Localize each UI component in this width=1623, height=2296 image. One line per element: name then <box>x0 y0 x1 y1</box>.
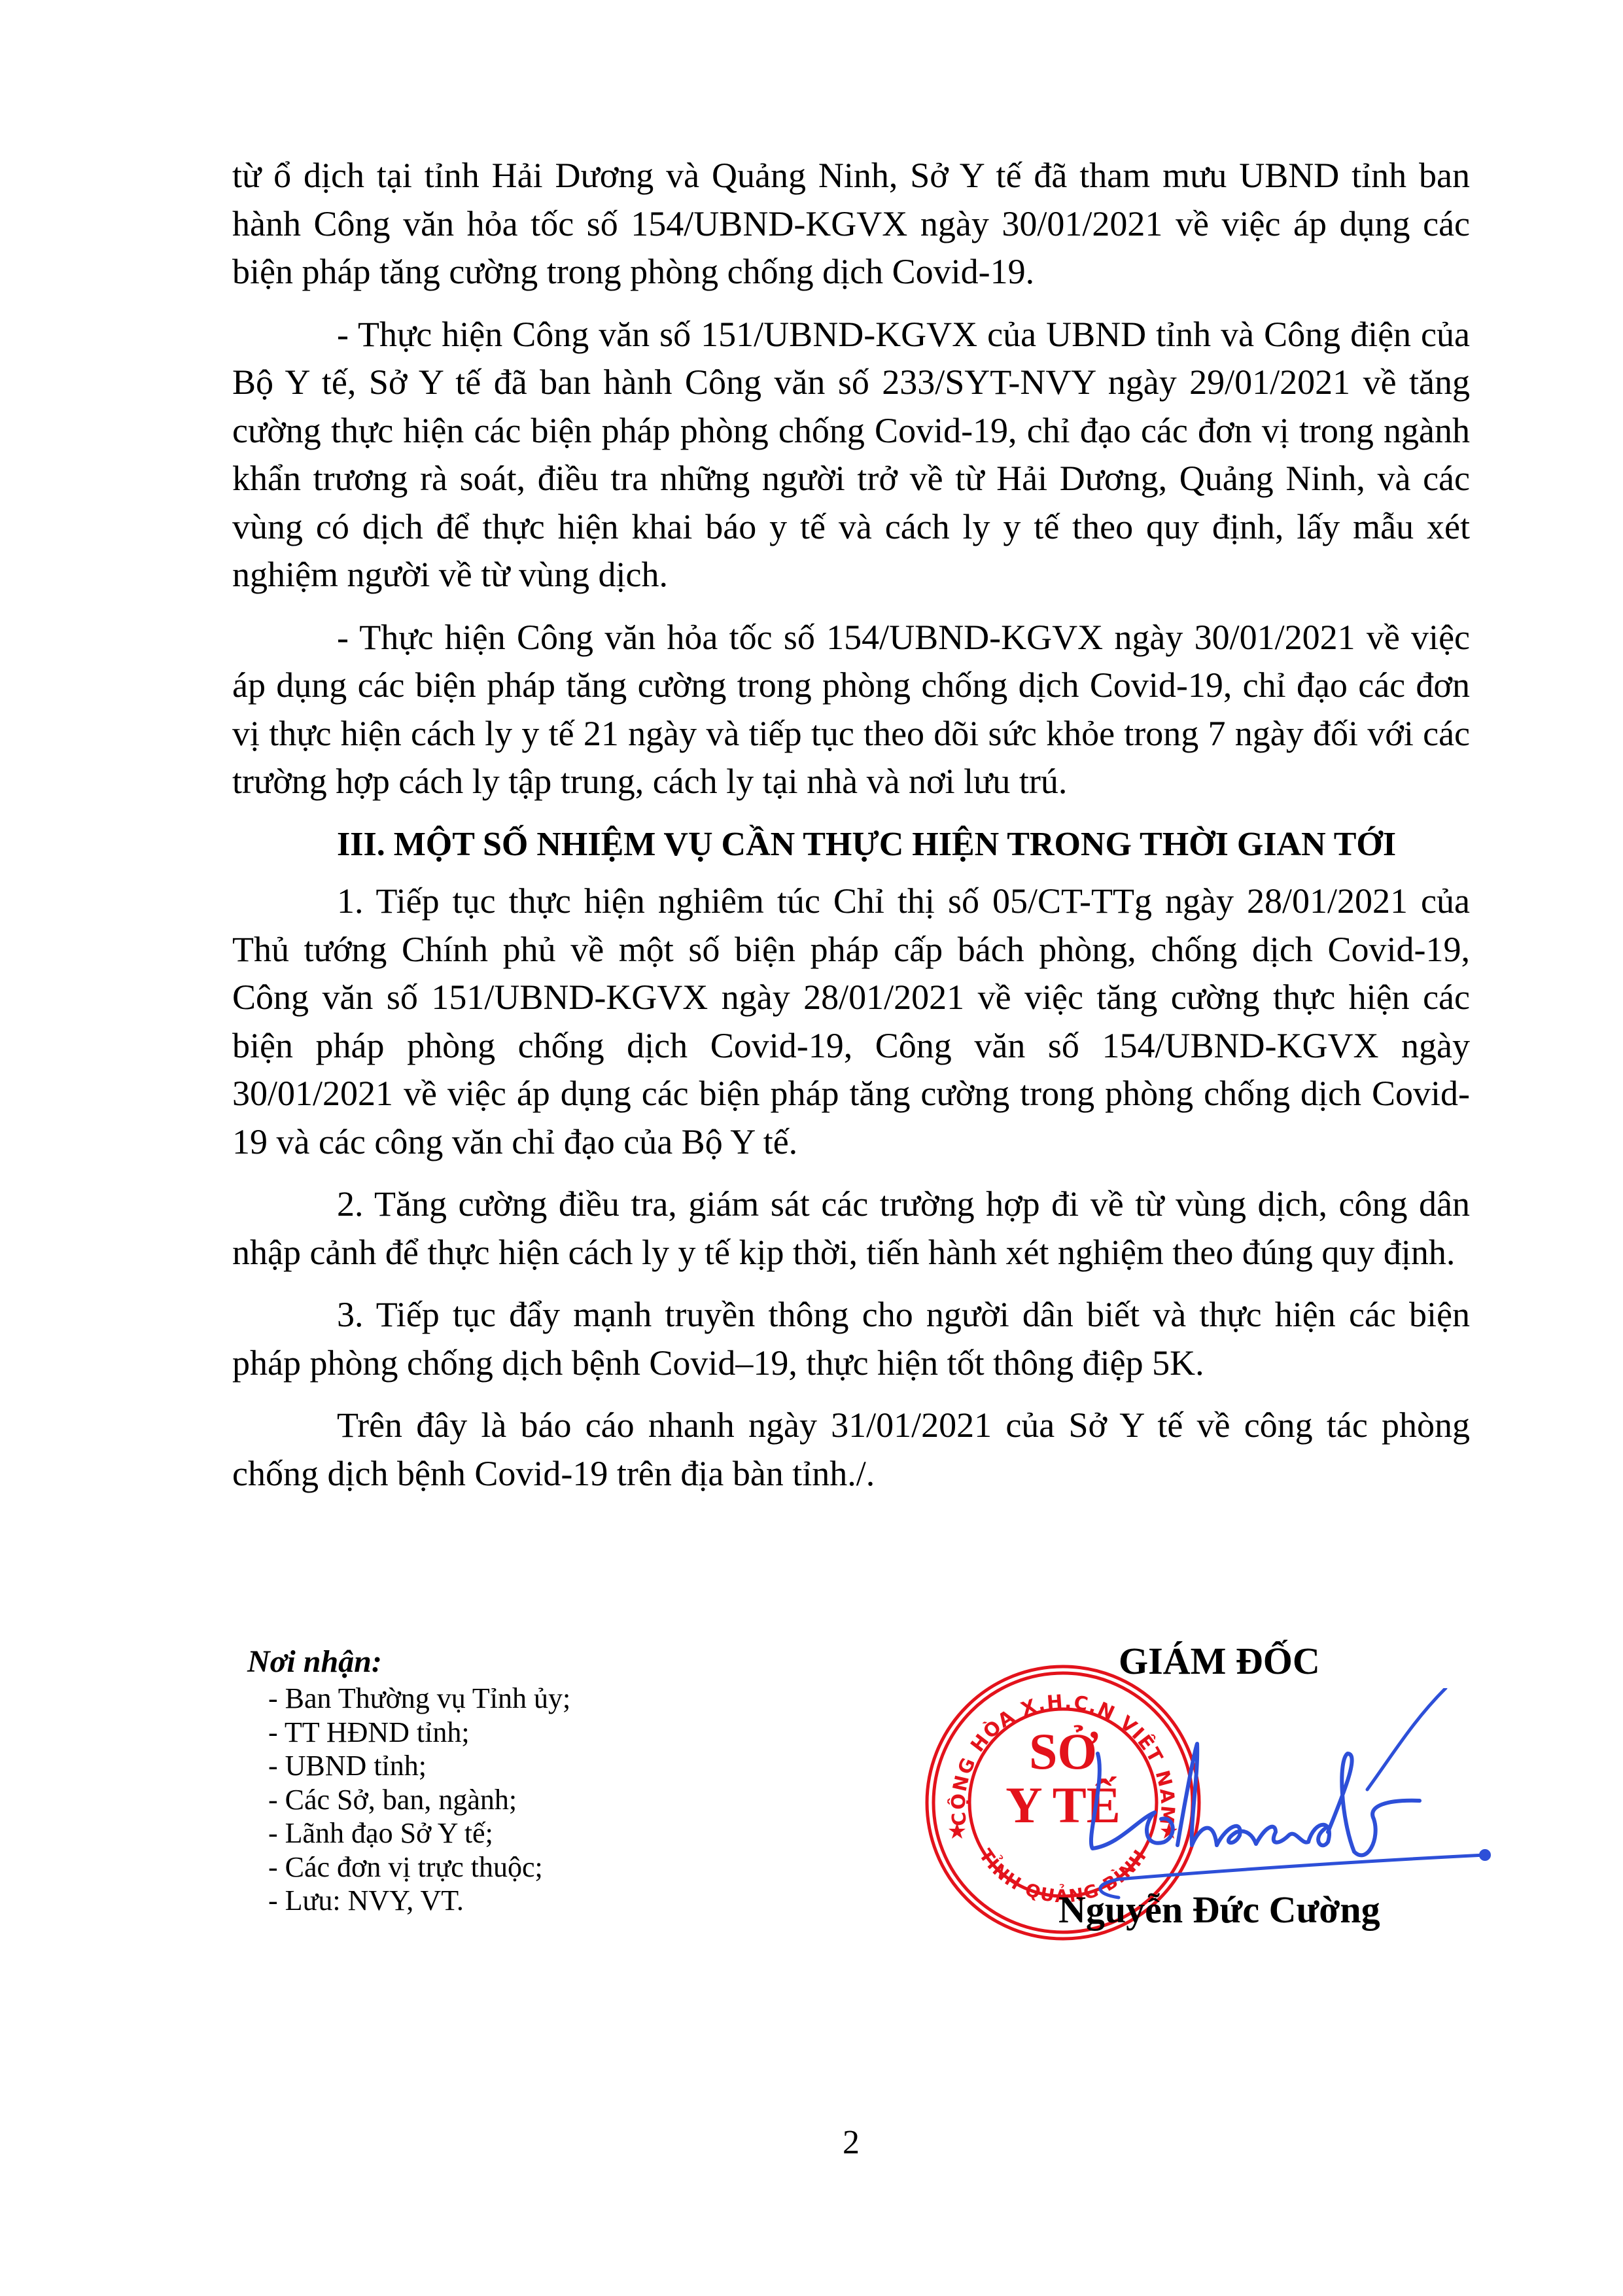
recipients-title: Nơi nhận: <box>247 1642 570 1682</box>
document-page: từ ổ dịch tại tỉnh Hải Dương và Quảng Ni… <box>0 0 1623 2296</box>
recipient-item: - Các đơn vị trực thuộc; <box>268 1850 570 1884</box>
paragraph: 1. Tiếp tục thực hiện nghiêm túc Chỉ thị… <box>232 877 1470 1166</box>
page-number: 2 <box>843 2123 860 2162</box>
paragraph: - Thực hiện Công văn số 151/UBND-KGVX củ… <box>232 311 1470 599</box>
recipient-item: - TT HĐND tỉnh; <box>268 1716 570 1750</box>
recipients-block: Nơi nhận: - Ban Thường vụ Tỉnh ủy;- TT H… <box>247 1642 570 1918</box>
recipient-item: - Lãnh đạo Sở Y tế; <box>268 1816 570 1850</box>
signer-name: Nguyễn Đức Cường <box>1058 1888 1380 1932</box>
recipients-list: - Ban Thường vụ Tỉnh ủy;- TT HĐND tỉnh;-… <box>247 1682 570 1918</box>
paragraph: từ ổ dịch tại tỉnh Hải Dương và Quảng Ni… <box>232 152 1470 296</box>
paragraph: 3. Tiếp tục đẩy mạnh truyền thông cho ng… <box>232 1291 1470 1387</box>
paragraph: Trên đây là báo cáo nhanh ngày 31/01/202… <box>232 1402 1470 1498</box>
section-heading: III. MỘT SỐ NHIỆM VỤ CẦN THỰC HIỆN TRONG… <box>232 821 1470 869</box>
recipient-item: - UBND tỉnh; <box>268 1749 570 1783</box>
document-body: từ ổ dịch tại tỉnh Hải Dương và Quảng Ni… <box>232 152 1470 1512</box>
paragraph: 2. Tăng cường điều tra, giám sát các trư… <box>232 1180 1470 1277</box>
paragraph: - Thực hiện Công văn hỏa tốc số 154/UBND… <box>232 614 1470 806</box>
stamp-star-left-icon: ★ <box>947 1820 967 1844</box>
recipient-item: - Lưu: NVY, VT. <box>268 1884 570 1918</box>
recipient-item: - Ban Thường vụ Tỉnh ủy; <box>268 1682 570 1716</box>
recipient-item: - Các Sở, ban, ngành; <box>268 1783 570 1817</box>
handwritten-signature <box>1079 1688 1498 1904</box>
